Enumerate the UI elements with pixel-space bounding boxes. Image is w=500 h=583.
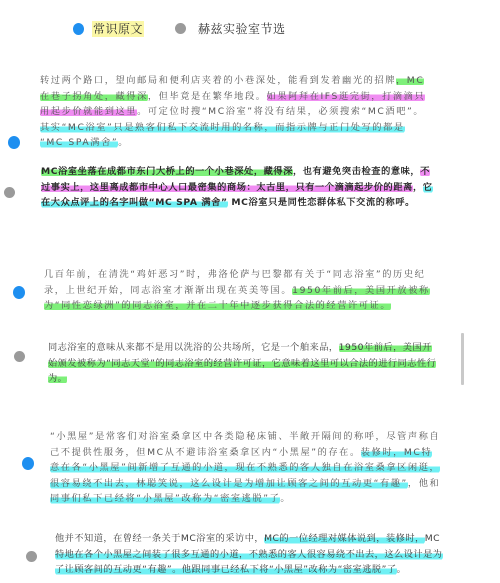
text-line: “MC SPA满舍”。 [40,135,425,151]
highlight-cyan: 它 [423,182,433,193]
text-line: 他并不知道，在曾经一条关于MC浴室的采访中，MC的一位经理对媒体说到，装修时，M… [55,531,443,547]
text-line: 己不提供性服务，但MC从不避讳浴室桑拿区内“小黑屋”的存在。装修时，MC特 [50,445,440,461]
text-segment: ， [413,182,423,193]
text-line: 了让顾客间的互动更“有趣”。他跟同事已经私下将“小黑屋”改称为“密室逃脱”了。 [55,562,443,578]
text-line: 用起步价就能到这里。可定位时搜“MC浴室”将没有结果，必须搜索“MC酒吧”。 [40,104,425,120]
text-segment: 己不提供性服务，但MC从不避讳浴室桑拿区内“小黑屋”的存在。 [50,447,361,458]
legend-label-original: 常识原文 [92,21,144,37]
highlight-cyan: 装修时，MC特 [361,447,432,458]
text-segment: MC浴室只是同性恋群体私下交流的称呼。 [228,197,415,208]
text-segment: ，但毕竟是在繁华地段。 [148,91,267,102]
highlight-cyan: 了让顾客间的互动更“有趣”。他跟同事已经私下将“小黑屋”改称为“密室逃脱”了 [55,564,397,575]
text-line: 在巷子拐角处，藏得深，但毕竟是在繁华地段。如果阿拜在IFS逛完街，打滴滴只 [40,89,425,105]
gray-dot-icon [14,351,25,362]
text-line: 其实“MC浴室”只是熟客们私下交流时用的名称，而指示牌与正门处写的都是 [40,120,425,136]
highlight-cyan: 很容易绕不出去，林聪笑说，这么设计是为增加让顾客之间的互动更“有趣” [50,478,408,489]
text-segment: 。 [118,137,129,148]
text-line: 为。 [48,371,436,387]
text-line: “小黑屋”是常客们对浴室桑拿区中各类隐秘床铺、半敞开隔间的称呼，尽管声称自 [50,429,440,445]
paragraph-excerpt-1: MC浴室坐落在成都市东门大桥上的一个小巷深处，藏得深，也有避免突击检查的意味，不… [41,164,433,211]
blue-dot-icon [73,23,84,35]
text-line: 几百年前，在清洗“鸡奸恶习”时，弗洛伦萨与巴黎都有关于“同志浴室”的历史纪 [44,267,430,283]
text-line: 始颁发被称为“同志天堂”的同志浴室的经营许可证，它意味着这里可以合法的进行同志性… [48,356,436,372]
scrollbar[interactable] [461,333,464,385]
text-segment: 几百年前，在清洗“鸡奸恶习”时，弗洛伦萨与巴黎都有关于“同志浴室”的历史纪 [44,269,425,280]
blue-dot-icon [13,286,25,299]
text-line: 意在各“小黑屋”间新增了互通的小道，现在不熟悉的客人独自在浴室桑拿区闲逛， [50,460,440,476]
text-line: 特地在各个小黑屋之间装了很多互通的小道，不熟悉的客人很容易绕不出去，这么设计是为 [55,547,443,563]
text-line: 过事实上，这里离成都市中心人口最密集的商场：太古里，只有一个滴滴起步价的距离，它 [41,180,433,196]
text-line: MC浴室坐落在成都市东门大桥上的一个小巷深处，藏得深，也有避免突击检查的意味，不 [41,164,433,180]
gray-dot-icon [26,551,37,562]
text-segment: ，他和 [408,478,440,489]
text-segment: 。可定位时搜“MC浴室”将没有结果，必须搜索“MC酒吧”。 [137,106,424,117]
highlight-cyan: 特地在各个小黑屋之间装了很多互通的小道，不熟悉的客人很容易绕不出去，这么设计是为 [55,549,443,560]
highlight-pink: 用起步价就能到这里 [40,106,137,117]
highlight-cyan: 同事们私下已经将“小黑屋”改称为“密室逃脱”了 [50,493,280,504]
highlight-green: 在巷子拐角处，藏得深 [40,91,148,102]
paragraph-excerpt-2: 同志浴室的意味从来都不是用以洗浴的公共场所，它是一个舶来品，1950年前后，美国… [48,340,436,387]
highlight-cyan: MC的一位经理对媒体说到，装修时， [264,533,425,544]
text-line: 在大众点评上的名字叫做“MC SPA 满舍” MC浴室只是同性恋群体私下交流的称… [41,195,433,211]
text-segment: 同志浴室的意味从来都不是用以洗浴的公共场所，它是一个舶来品， [48,342,339,353]
paragraph-original-1: 转过两个路口，望向邮局和便利店夹着的小巷深处，能看到发着幽光的招牌，MC在巷子拐… [40,73,425,151]
highlight-green: 1950年前后，美国开 [339,342,432,353]
text-segment: 他并不知道，在曾经一条关于MC浴室的采访中， [55,533,264,544]
highlight-pink: 不 [420,166,430,177]
legend: 常识原文 赫兹实验室节选 [0,18,500,40]
text-segment: 。 [397,564,407,575]
gray-dot-icon [4,187,15,198]
blue-dot-icon [8,136,20,149]
text-segment: “小黑屋”是常客们对浴室桑拿区中各类隐秘床铺、半敞开隔间的称呼，尽管声称自 [50,431,440,442]
highlight-green: 为“同性恋绿洲”的同志浴室，并在二十年中逐步获得合法的经营许可证。 [44,300,391,311]
text-segment: MC [425,533,440,544]
blue-dot-icon [22,457,34,470]
legend-label-excerpt: 赫兹实验室节选 [198,21,286,37]
highlight-cyan: “MC SPA满舍” [40,137,118,148]
text-segment: 录，上世纪开始，同志浴室才渐渐出现在英美等国。 [44,285,292,296]
text-line: 很容易绕不出去，林聪笑说，这么设计是为增加让顾客之间的互动更“有趣”，他和 [50,476,440,492]
text-line: 转过两个路口，望向邮局和便利店夹着的小巷深处，能看到发着幽光的招牌，MC [40,73,425,89]
text-line: 为“同性恋绿洲”的同志浴室，并在二十年中逐步获得合法的经营许可证。 [44,298,430,314]
highlight-green: 始颁发被称为“同志天堂”的同志浴室的经营许可证，它意味着这里可以合法的进行同志性… [48,358,436,369]
highlight-green: 为。 [48,373,67,384]
paragraph-original-3: “小黑屋”是常客们对浴室桑拿区中各类隐秘床铺、半敞开隔间的称呼，尽管声称自己不提… [50,429,440,507]
text-line: 同志浴室的意味从来都不是用以洗浴的公共场所，它是一个舶来品，1950年前后，美国… [48,340,436,356]
highlight-pink: 如果阿拜在IFS逛完街，打滴滴只 [267,91,426,102]
text-line: 录，上世纪开始，同志浴室才渐渐出现在英美等国。1950年前后，美国开放被称 [44,283,430,299]
highlight-cyan: 在大众点评上的名字叫做“MC SPA 满舍” [41,197,228,208]
text-segment: ，也有避免突击检查的意味， [293,166,420,177]
paragraph-excerpt-3: 他并不知道，在曾经一条关于MC浴室的采访中，MC的一位经理对媒体说到，装修时，M… [55,531,443,578]
text-segment: 转过两个路口，望向邮局和便利店夹着的小巷深处，能看到发着幽光的招牌 [40,75,396,86]
highlight-green: ，MC [396,75,424,86]
text-segment: 。 [280,493,291,504]
highlight-green: 1950年前后，美国开放被称 [292,285,430,296]
paragraph-original-2: 几百年前，在清洗“鸡奸恶习”时，弗洛伦萨与巴黎都有关于“同志浴室”的历史纪录，上… [44,267,430,314]
highlight-green: MC浴室坐落在成都市东门大桥上的一个小巷深处，藏得深 [41,166,293,177]
highlight-pink: 过事实上，这里离成都市中心人口最密集的商场：太古里，只有一个滴滴起步价的距离 [41,182,413,193]
gray-dot-icon [175,23,186,34]
highlight-cyan: 意在各“小黑屋”间新增了互通的小道，现在不熟悉的客人独自在浴室桑拿区闲逛， [50,462,440,473]
highlight-cyan: 其实“MC浴室”只是熟客们私下交流时用的名称，而指示牌与正门处写的都是 [40,122,405,133]
text-line: 同事们私下已经将“小黑屋”改称为“密室逃脱”了。 [50,491,440,507]
